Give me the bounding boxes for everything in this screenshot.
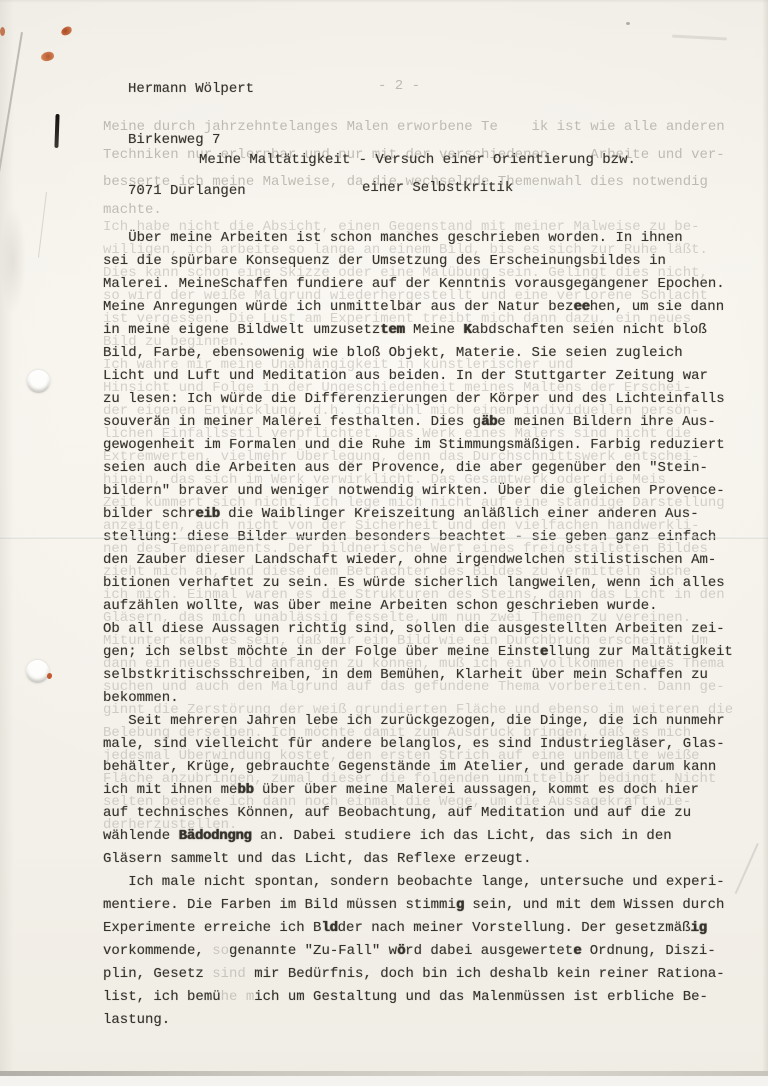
text-line: seien auch die Arbeiten aus der Provence… — [103, 460, 708, 476]
text-line: zu lesen: Ich würde die Differenzierunge… — [103, 391, 725, 407]
text-line: Meine Anregungen würde ich unmittelbar a… — [103, 299, 724, 315]
faint-smudge-line — [672, 35, 727, 41]
sender-city: 7071 Durlangen — [128, 183, 254, 200]
text-line: wählende Bädodngng an. Dabei studiere ic… — [103, 828, 672, 844]
scanner-background-strip — [0, 1076, 768, 1086]
text-line: gewogenheit im Formalen und die Ruhe im … — [103, 437, 725, 453]
text-line: bildern" braver und weniger notwendig wi… — [103, 483, 725, 499]
text-line: behälter, Krüge, gebrauchte Gegenstände … — [103, 759, 716, 775]
text-line: lastung. — [103, 1012, 170, 1028]
text-line: vorkommende, sogenannte "Zu-Fall" wörd d… — [103, 943, 716, 959]
text-line: Über meine Arbeiten ist schon manches ge… — [103, 230, 683, 246]
corner-crease — [735, 843, 759, 894]
red-mark-top — [60, 25, 73, 36]
text-line: den Zauber dieser Landschaft wieder, ohn… — [103, 552, 716, 568]
text-line: bitionen verhaftet zu sein. Es würde sic… — [103, 575, 725, 591]
left-edge-shading — [0, 0, 14, 1086]
pencil-crease-lower — [38, 192, 47, 258]
text-line: Experimente erreiche ich Bldder nach mei… — [103, 920, 707, 936]
sender-name: Hermann Wölpert — [128, 81, 254, 98]
text-line: Seit mehreren Jahren lebe ich zurückgezo… — [103, 713, 725, 729]
text-line: bekommen. — [103, 690, 179, 706]
text-line: gen; ich selbst möchte in der Folge über… — [103, 644, 733, 660]
text-line: Ich male nicht spontan, sondern beobacht… — [103, 874, 725, 890]
ink-stroke — [54, 114, 59, 148]
sender-address: Hermann Wölpert Birkenweg 7 7071 Durlang… — [128, 47, 254, 234]
fold-crease — [0, 536, 768, 539]
punch-hole-bottom — [26, 660, 49, 683]
text-line: plin, Gesetz sind mir Bedürfnis, doch bi… — [103, 966, 725, 982]
text-line: Bild, Farbe, ebensowenig wie bloß Objekt… — [103, 345, 683, 361]
red-mark-lower — [40, 51, 54, 62]
text-line: Malerei. MeineSchaffen fundiere auf der … — [103, 276, 725, 292]
text-line: list, ich bemühe mich um Gestaltung und … — [103, 989, 708, 1005]
text-line: sei die spürbare Konsequenz der Umsetzun… — [103, 253, 666, 269]
text-line: in meine eigene Bildwelt umzusetztem Mei… — [103, 322, 707, 338]
text-line: aufzählen wollte, was über meine Arbeite… — [103, 598, 658, 614]
top-edge-shading — [0, 0, 768, 3]
right-edge-shading — [762, 0, 768, 1086]
text-line: bilder schreib die Waiblinger Kreiszeitu… — [103, 506, 699, 522]
text-line: Licht und Luft und Meditation aus beiden… — [103, 368, 708, 384]
text-line: Gläsern sammelt und das Licht, das Refle… — [103, 851, 531, 867]
title-line-1: Meine Maltätigkeit - Versuch einer Orien… — [199, 152, 636, 169]
text-line: male, sind vielleicht für andere belangl… — [103, 736, 725, 752]
orange-speck-near-hole — [46, 672, 52, 679]
text-line: ich mit ihnen mebb über über meine Maler… — [103, 782, 699, 798]
title-line-2: einer Selbstkritik — [362, 180, 513, 197]
punch-hole-top — [27, 370, 50, 393]
sender-street: Birkenweg 7 — [128, 132, 254, 149]
paper: Meine durch jahrzehntelanges Malen erwor… — [0, 0, 768, 1086]
text-line: Ob all diese Aussagen richtig sind, soll… — [103, 621, 725, 637]
text-line: souverän in meiner Malerei festhalten. D… — [103, 414, 716, 430]
text-line: mentiere. Die Farben im Bild müssen stim… — [103, 897, 724, 913]
dust-speck — [626, 22, 630, 25]
text-line: auf technisches Können, auf Beobachtung,… — [103, 805, 691, 821]
page-number: - 2 - — [378, 78, 420, 94]
text-line: selbstkritischsschreiben, in dem Bemühen… — [103, 667, 708, 683]
